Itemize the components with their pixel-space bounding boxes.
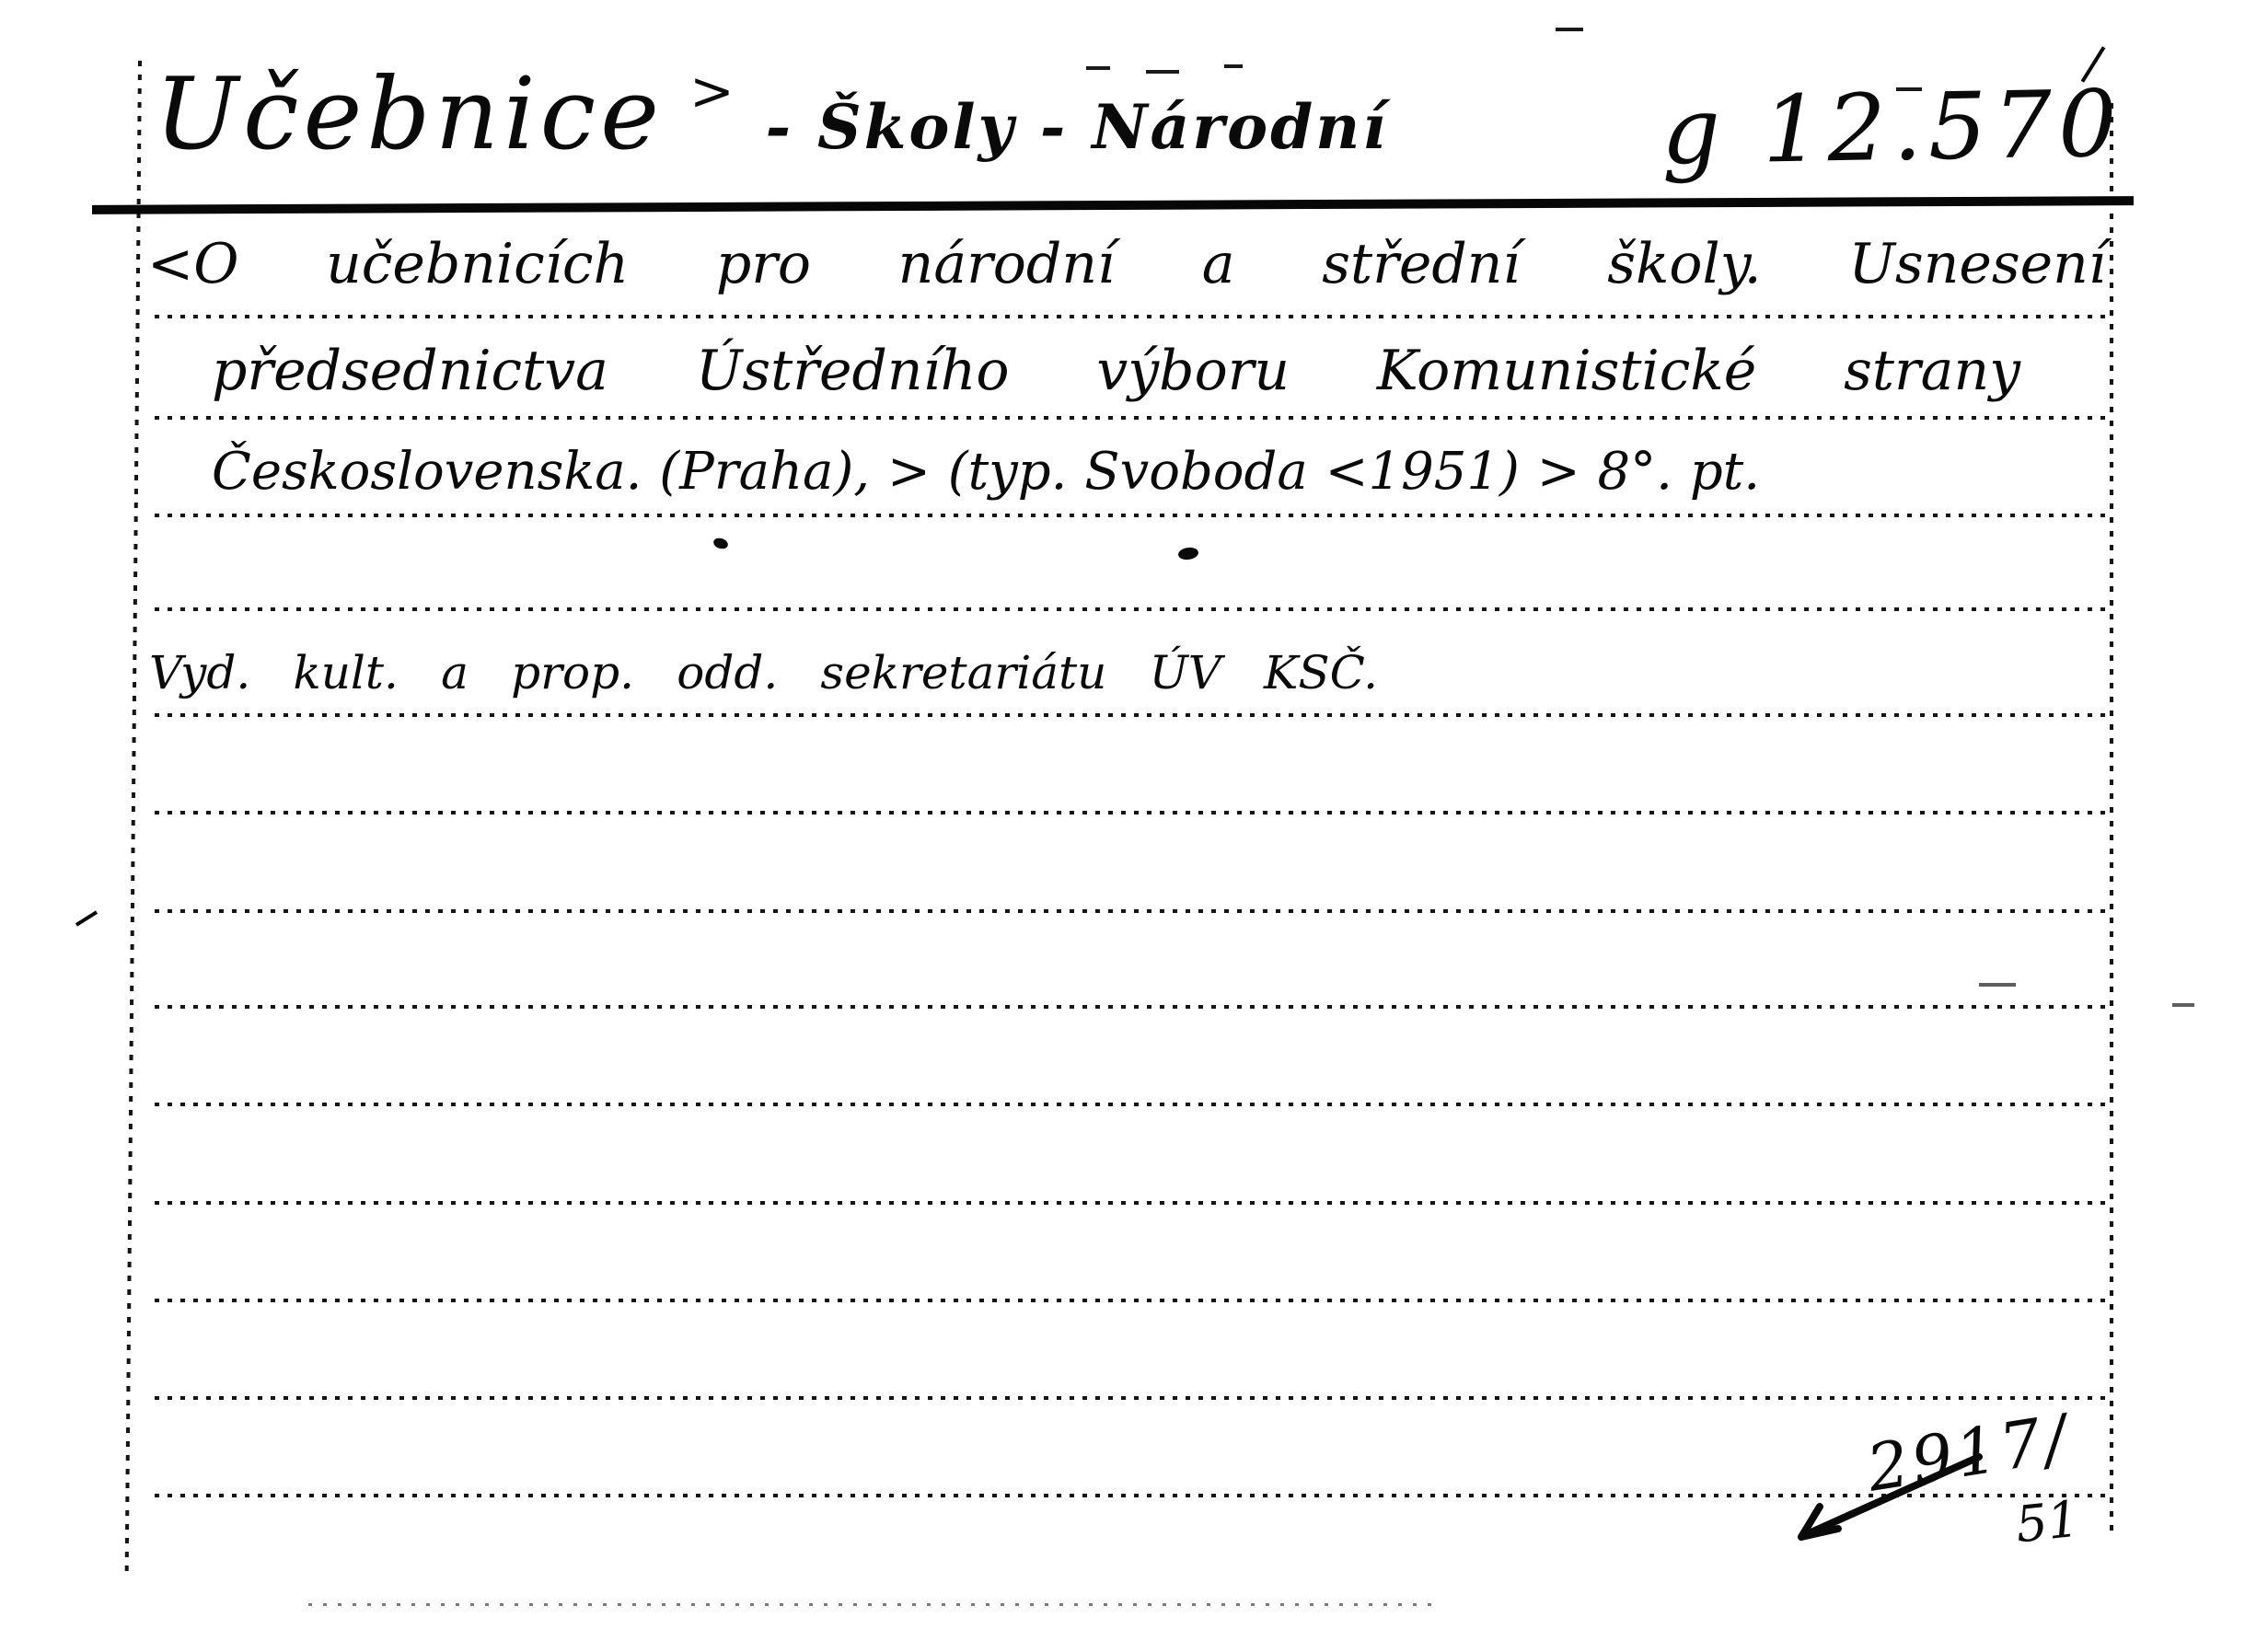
ruled-line xyxy=(155,416,2111,420)
ruled-line xyxy=(155,514,2111,517)
scan-dash xyxy=(1556,28,1583,31)
ruled-line xyxy=(155,1005,2111,1009)
scan-dash xyxy=(2172,1003,2194,1007)
card-left-border xyxy=(125,61,142,1575)
heading-subject: Učebnice xyxy=(155,57,664,172)
entry-line-3: Československa. (Praha), > (typ. Svoboda… xyxy=(212,442,1760,502)
ruled-line xyxy=(155,1201,2111,1205)
ruled-line xyxy=(155,713,2111,717)
ink-speck xyxy=(712,537,730,550)
ruled-line xyxy=(155,909,2111,913)
pen-slash-mark xyxy=(75,910,98,926)
call-number: g 12.570 xyxy=(1660,70,2124,186)
insertion-mark: > xyxy=(689,60,735,122)
bottom-scan-noise xyxy=(308,1603,1441,1606)
publisher-note: Vyd. kult. a prop. odd. sekretariátu ÚV … xyxy=(149,646,1378,699)
scan-dash xyxy=(1086,66,1110,70)
arrow-mark xyxy=(1772,1440,2002,1565)
entry-line-2: předsednictva Ústředního výboru Komunist… xyxy=(212,339,2020,403)
accession-year: 51 xyxy=(2013,1490,2082,1554)
scan-dash xyxy=(1224,64,1243,68)
ruled-line xyxy=(155,1299,2111,1302)
scan-dash xyxy=(1979,983,2016,987)
ruled-line xyxy=(155,1396,2111,1400)
heading-subject-subdivision: - Školy - Národní xyxy=(766,91,1389,163)
ruled-line xyxy=(155,811,2111,814)
card-heading: Učebnice > - Školy - Národní xyxy=(155,57,1388,172)
scan-dash xyxy=(1146,70,1179,74)
ruled-line xyxy=(155,607,2111,611)
ink-speck xyxy=(1177,547,1199,561)
ruled-line xyxy=(155,1103,2111,1106)
header-underline xyxy=(92,196,2134,214)
scan-dash xyxy=(1896,87,1922,91)
entry-line-1: <O učebnicích pro národní a střední škol… xyxy=(147,232,2106,296)
ruled-line xyxy=(155,315,2111,318)
